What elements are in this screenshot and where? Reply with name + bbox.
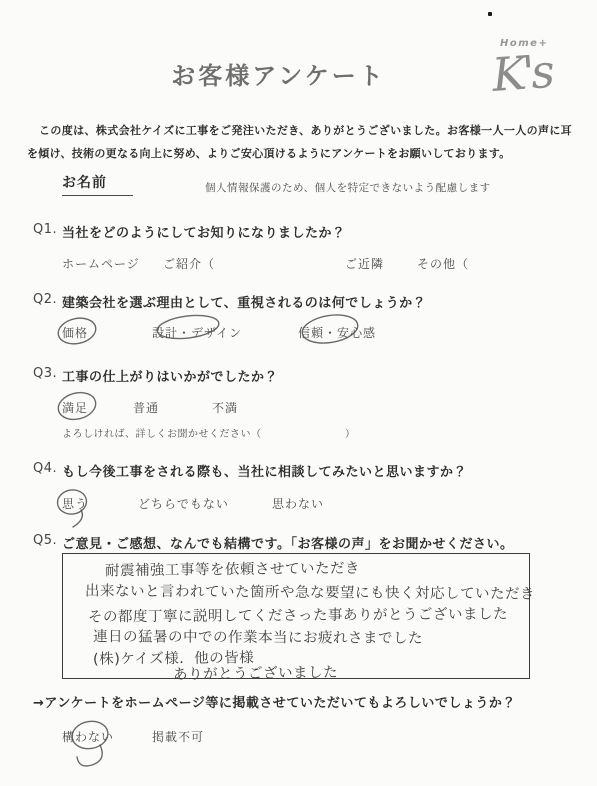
publish-question-text: →アンケートをホームページ等に掲載させていただいてもよろしいでしょうか？ (33, 692, 516, 711)
page-title: お客様アンケート (0, 56, 557, 91)
q1-number: Q1. (33, 222, 57, 237)
q3-option-satisfied: 満足 (62, 399, 88, 416)
q5-number: Q5. (33, 533, 57, 548)
q4-text: もし今後工事をされる際も、当社に相談してみたいと思いますか？ (62, 461, 467, 480)
q4-option-no: 思わない (272, 495, 324, 512)
q5-text: ご意見・ご感想、なんでも結構です。「お客様の声」をお聞かせください。 (62, 533, 513, 552)
pen-tail-publish (77, 745, 102, 766)
q3-text: 工事の仕上がりはいかがでしたか？ (62, 366, 278, 385)
handwritten-comment-line: その都度丁寧に説明してくださった事ありがとうございました (88, 603, 508, 627)
handwritten-comment-line: 出来ないと言われていた箇所や急な要望にも快く対応していただき (85, 579, 535, 603)
q1-option-referral: ご紹介（ (163, 255, 215, 272)
q2-option-trust: 信頼・安心感 (298, 324, 376, 341)
pen-tail-q4 (73, 510, 82, 527)
handwritten-comment-line: 耐震補強工事等を依頼させていただき (105, 557, 360, 581)
handwritten-comment-line: ありがとうございました (173, 661, 338, 684)
scan-speck (488, 12, 492, 16)
intro-paragraph: この度は、株式会社ケイズに工事をご発注いただき、ありがとうございました。お客様一… (27, 120, 572, 165)
q2-text: 建築会社を選ぶ理由として、重視されるのは何でしょうか？ (62, 292, 426, 311)
q3-number: Q3. (33, 366, 57, 381)
q3-followup-close-paren: ） (345, 425, 356, 440)
q4-option-yes: 思う (62, 495, 88, 512)
q4-option-neutral: どちらでもない (138, 495, 229, 512)
q1-option-other: その他（ (417, 255, 469, 272)
q1-option-homepage: ホームページ (62, 255, 140, 272)
q3-option-dissatisfied: 不満 (212, 399, 238, 416)
q1-option-neighborhood: ご近隣 (345, 255, 384, 272)
q4-number: Q4. (33, 461, 57, 476)
name-field-label: お名前 (62, 172, 133, 196)
q3-option-normal: 普通 (133, 399, 159, 416)
scanned-survey-document: Home+ K's お客様アンケート この度は、株式会社ケイズに工事をご発注いた… (0, 0, 597, 786)
q2-number: Q2. (33, 292, 57, 307)
handwritten-comment-line: 連日の猛暑の中での作業本当にお疲れさまでした (93, 625, 423, 648)
q2-option-price: 価格 (62, 324, 88, 341)
q3-followup-note: よろしければ、詳しくお聞かせください（ (62, 425, 262, 440)
name-privacy-note: 個人情報保護のため、個人を特定できないよう配慮します (205, 180, 491, 195)
publish-option-no: 掲載不可 (152, 728, 204, 745)
q2-option-design: 設計・デザイン (152, 324, 242, 341)
publish-option-ok: 構わない (62, 728, 114, 745)
q1-text: 当社をどのようにしてお知りになりましたか？ (62, 222, 346, 241)
